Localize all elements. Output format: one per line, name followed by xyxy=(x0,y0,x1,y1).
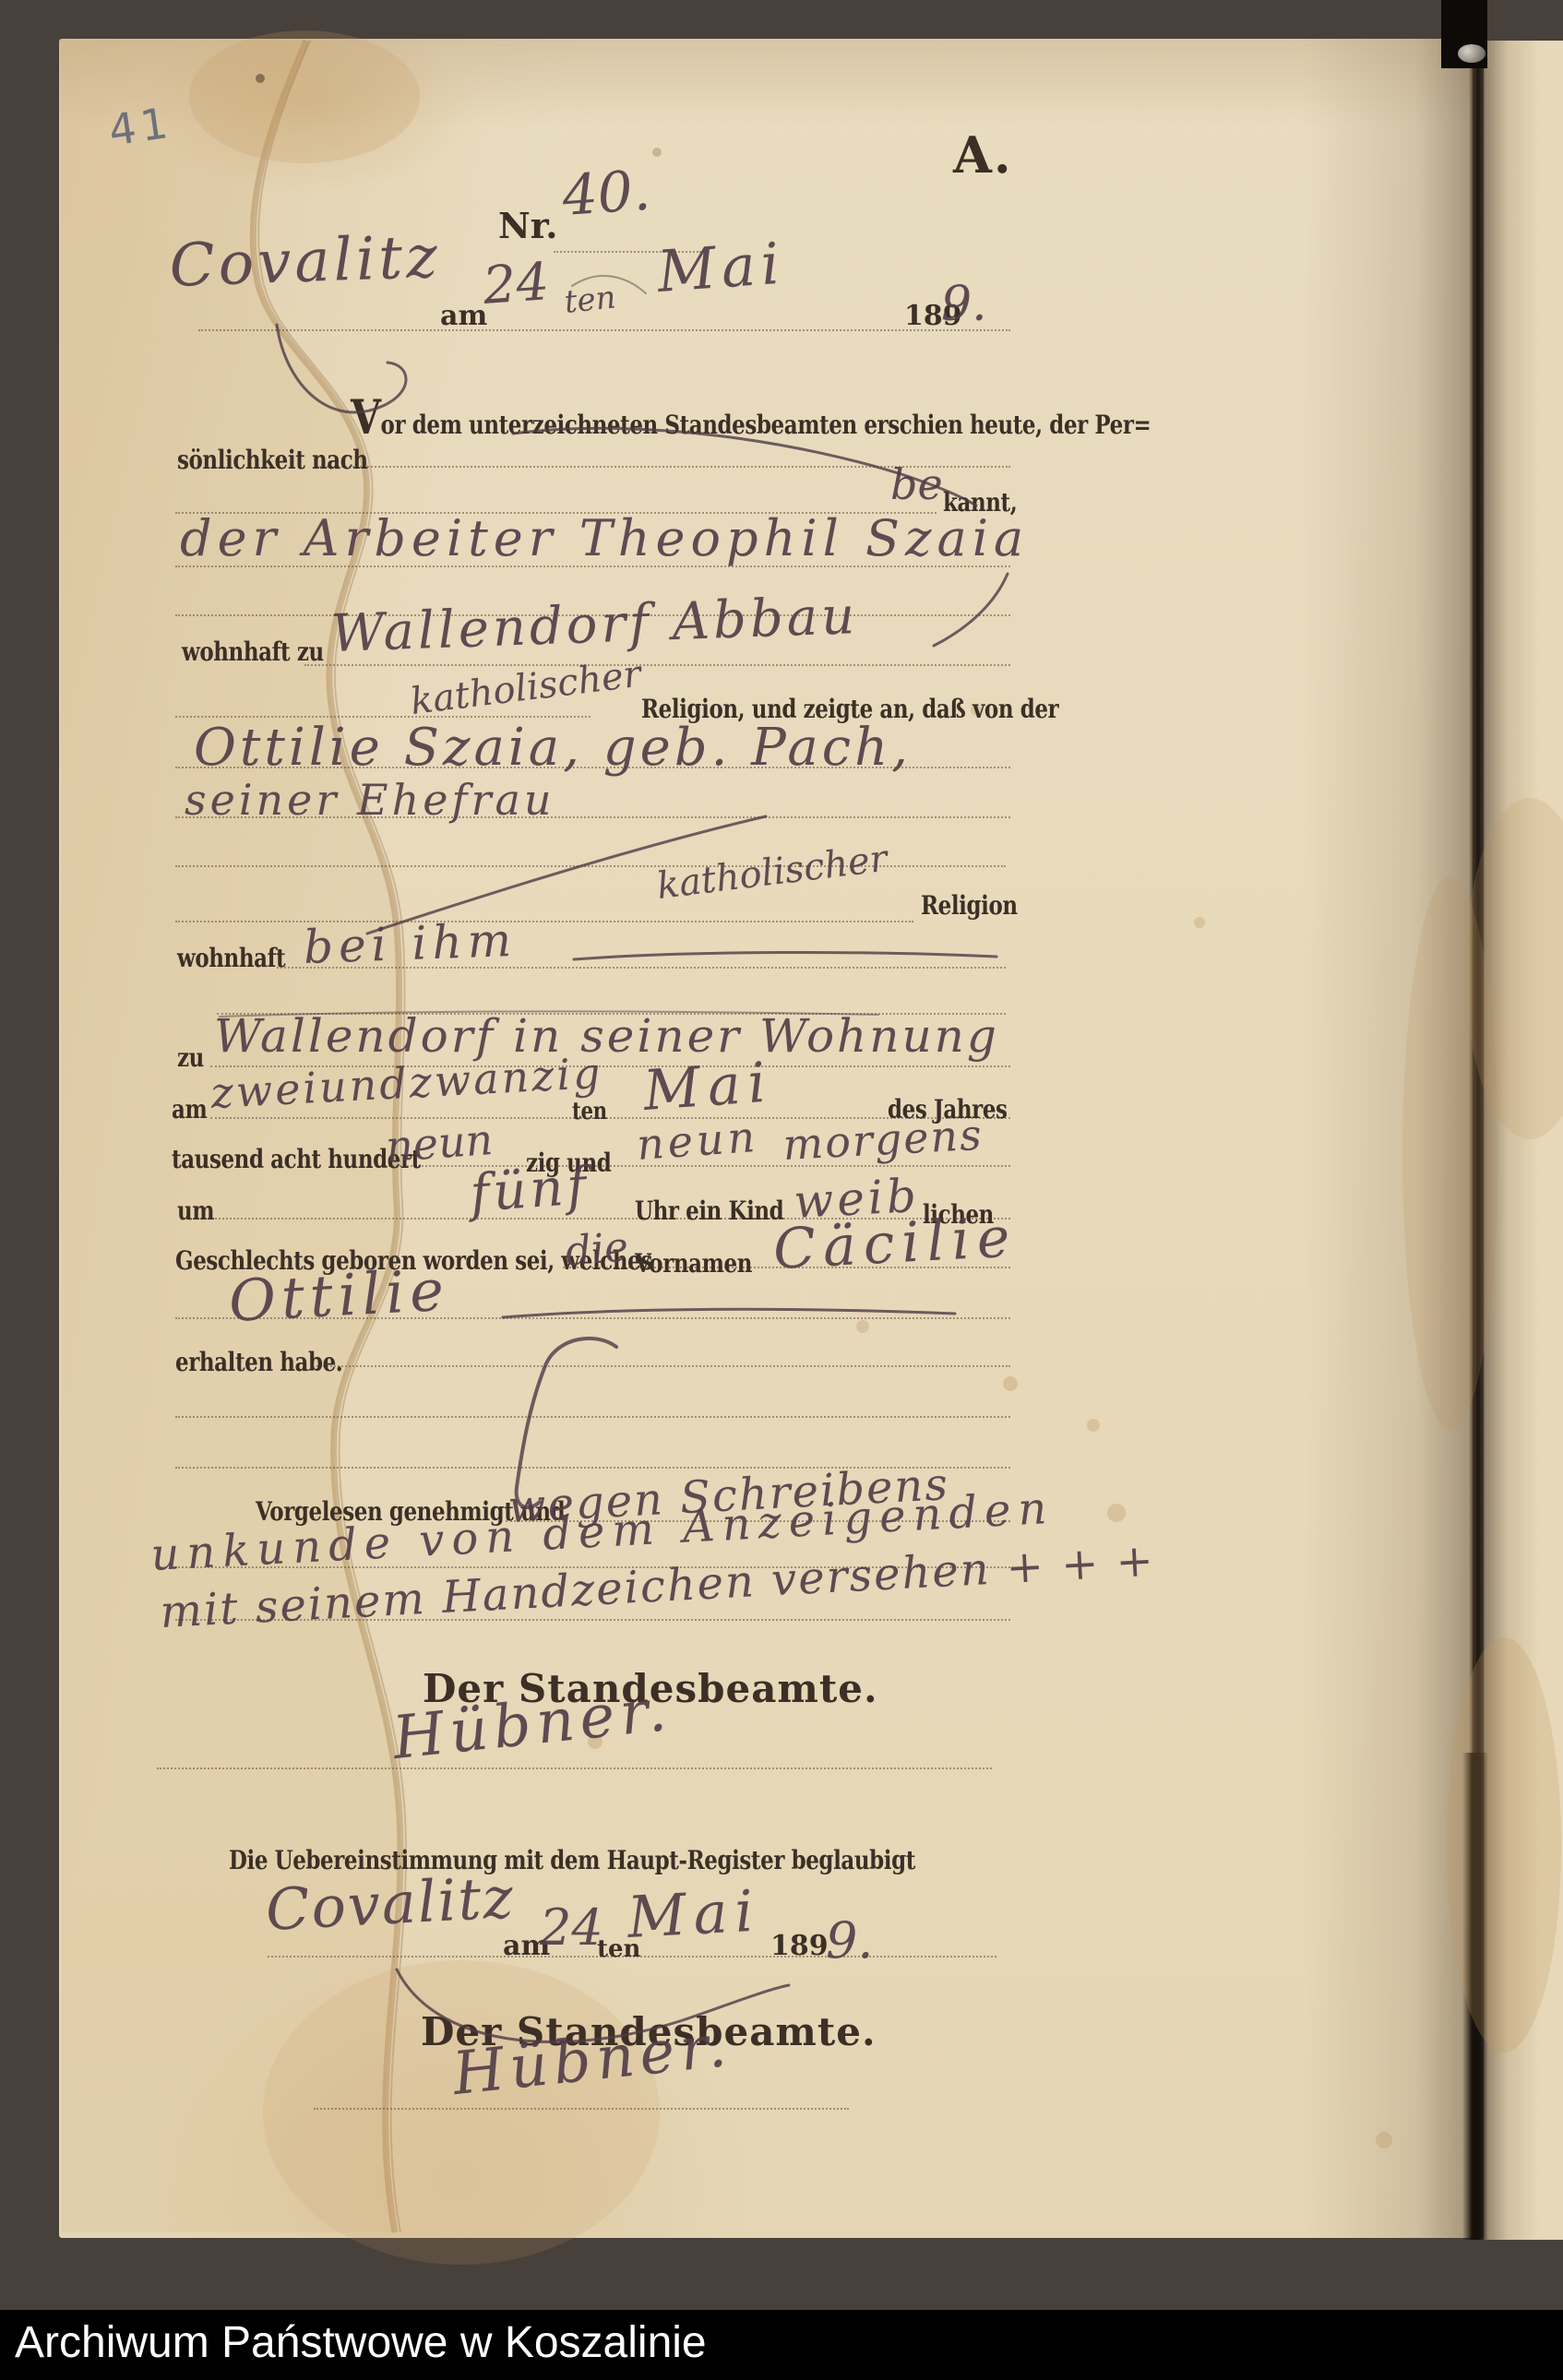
ten-suffix-printed: ten xyxy=(572,1098,607,1125)
certification-text: Die Uebereinstimmung mit dem Haupt-Regis… xyxy=(229,1845,915,1875)
birth-place-handwritten: Wallendorf in seiner Wohnung xyxy=(214,1009,999,1063)
form-rule xyxy=(175,1416,1010,1418)
wohnhaft-label: wohnhaft xyxy=(177,943,285,973)
form-rule xyxy=(316,1365,1010,1367)
wohnhaft-value-handwritten: bei ihm xyxy=(303,913,518,974)
certification-place: Covalitz xyxy=(264,1863,516,1944)
dateline-place: Covalitz xyxy=(168,223,442,301)
dateline-month: Mai xyxy=(655,230,787,305)
vornamen-label: Vornamen xyxy=(635,1248,752,1279)
religion-label-printed: Religion xyxy=(921,890,1018,921)
certification-month: Mai xyxy=(626,1877,762,1951)
time-of-day-handwritten: morgens xyxy=(781,1110,984,1170)
form-rule xyxy=(304,664,1010,666)
zu-label: zu xyxy=(177,1042,204,1073)
um-label: um xyxy=(177,1196,214,1226)
pencil-page-number: 41 xyxy=(106,97,175,155)
dateline-day: 24 xyxy=(481,252,551,316)
certification-year-printed: 189 xyxy=(770,1930,829,1962)
certification-year-written: 9. xyxy=(826,1911,874,1969)
dateline-day-suffix: ten xyxy=(563,279,618,321)
dateline-year-written: 9. xyxy=(941,277,987,332)
hour-handwritten: fünf xyxy=(468,1156,591,1224)
form-rule xyxy=(198,329,1010,331)
book-gutter-gap xyxy=(1462,1753,1488,2240)
record-number-value: 40. xyxy=(560,159,652,229)
adjacent-page-edge xyxy=(1484,41,1563,2240)
binding-screw xyxy=(1458,44,1485,63)
form-letter-label: A. xyxy=(953,125,1013,184)
uhr-ein-kind-label: Uhr ein Kind xyxy=(635,1196,783,1226)
record-number-label: Nr. xyxy=(498,205,558,246)
form-rule xyxy=(314,2108,849,2110)
tausend-label: tausend acht hundert xyxy=(172,1144,421,1174)
child-name-1-handwritten: Cäcilie xyxy=(771,1205,1019,1282)
article-handwritten: die xyxy=(564,1223,630,1276)
mother-name-handwritten: Ottilie Szaia, geb. Pach, xyxy=(194,718,912,778)
declarant-handwritten: der Arbeiter Theophil Szaia xyxy=(180,509,1029,567)
year-ones-handwritten: neun xyxy=(635,1112,760,1170)
bekannt-prefix-handwritten: be xyxy=(890,459,943,509)
wohnhaft-zu-label: wohnhaft zu xyxy=(182,637,324,667)
dateline-am: am xyxy=(440,300,487,332)
am-label: am xyxy=(172,1094,207,1125)
archive-name-label: Archiwum Państwowe w Koszalinie xyxy=(15,2317,707,2368)
intro-line-2: sönlichkeit nach xyxy=(177,445,368,475)
child-name-2-handwritten: Ottilie xyxy=(227,1256,450,1335)
form-rule xyxy=(157,1767,992,1769)
erhalten-habe-label: erhalten habe. xyxy=(175,1347,342,1377)
intro-line-1: Vor dem unterzeichneten Standesbeamten e… xyxy=(351,399,1151,440)
form-rule xyxy=(175,921,913,922)
mother-relation-handwritten: seiner Ehefrau xyxy=(185,775,555,825)
certification-day: 24 xyxy=(540,1898,603,1957)
